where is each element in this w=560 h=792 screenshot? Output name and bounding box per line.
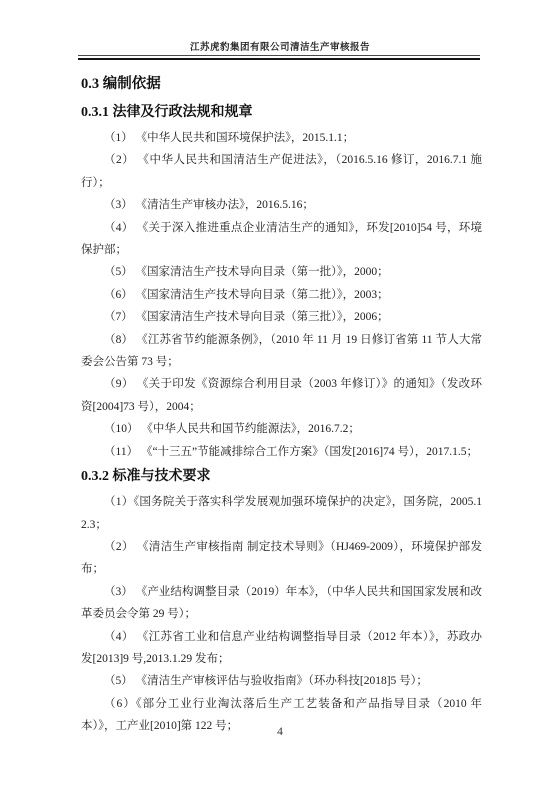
subsection-heading-laws: 0.3.1 法律及行政法规和规章: [81, 103, 482, 122]
list-item: （3） 《产业结构调整目录（2019）年本》，（中华人民共和国国家发展和改革委员…: [81, 581, 482, 626]
document-page: 江苏虎豹集团有限公司清洁生产审核报告 0.3 编制依据 0.3.1 法律及行政法…: [0, 0, 560, 792]
list-item: （8） 《江苏省节约能源条例》，（2010 年 11 月 19 日修订省第 11…: [81, 329, 482, 374]
reference-list-standards: （1）《国务院关于落实科学发展观加强环境保护的决定》，国务院，2005.12.3…: [81, 491, 482, 737]
list-item: （10） 《中华人民共和国节约能源法》，2016.7.2；: [81, 418, 482, 440]
page-number: 4: [277, 726, 283, 738]
list-item: （11） 《“十三五”节能减排综合工作方案》（国发[2016]74 号），201…: [81, 441, 482, 463]
list-item: （4） 《关于深入推进重点企业清洁生产的通知》，环发[2010]54 号，环境保…: [81, 217, 482, 262]
section-heading: 0.3 编制依据: [81, 75, 482, 94]
page-footer: 4: [0, 726, 560, 738]
reference-list-laws: （1） 《中华人民共和国环境保护法》，2015.1.1； （2） 《中华人民共和…: [81, 127, 482, 463]
list-item: （1） 《中华人民共和国环境保护法》，2015.1.1；: [81, 127, 482, 149]
list-item: （4） 《江苏省工业和信息产业结构调整指导目录（2012 年本）》，苏政办发[2…: [81, 626, 482, 671]
header-divider: [78, 55, 480, 60]
page-content: 0.3 编制依据 0.3.1 法律及行政法规和规章 （1） 《中华人民共和国环境…: [81, 68, 482, 738]
list-item: （2） 《中华人民共和国清洁生产促进法》，（2016.5.16 修订，2016.…: [81, 149, 482, 194]
page-header: 江苏虎豹集团有限公司清洁生产审核报告: [0, 39, 560, 53]
list-item: （3） 《清洁生产审核办法》，2016.5.16；: [81, 194, 482, 216]
list-item: （1）《国务院关于落实科学发展观加强环境保护的决定》，国务院，2005.12.3…: [81, 491, 482, 536]
running-title: 江苏虎豹集团有限公司清洁生产审核报告: [190, 43, 370, 53]
list-item: （2） 《清洁生产审核指南 制定技术导则》（HJ469-2009），环境保护部发…: [81, 536, 482, 581]
list-item: （7） 《国家清洁生产技术导向目录（第三批）》，2006；: [81, 306, 482, 328]
subsection-heading-standards: 0.3.2 标准与技术要求: [81, 467, 482, 486]
list-item: （5） 《国家清洁生产技术导向目录（第一批）》，2000；: [81, 261, 482, 283]
list-item: （5） 《清洁生产审核评估与验收指南》（环办科技[2018]5 号）；: [81, 670, 482, 692]
list-item: （9） 《关于印发《资源综合利用目录（2003 年修订）》的通知》（发改环资[2…: [81, 373, 482, 418]
list-item: （6） 《国家清洁生产技术导向目录（第二批）》，2003；: [81, 284, 482, 306]
